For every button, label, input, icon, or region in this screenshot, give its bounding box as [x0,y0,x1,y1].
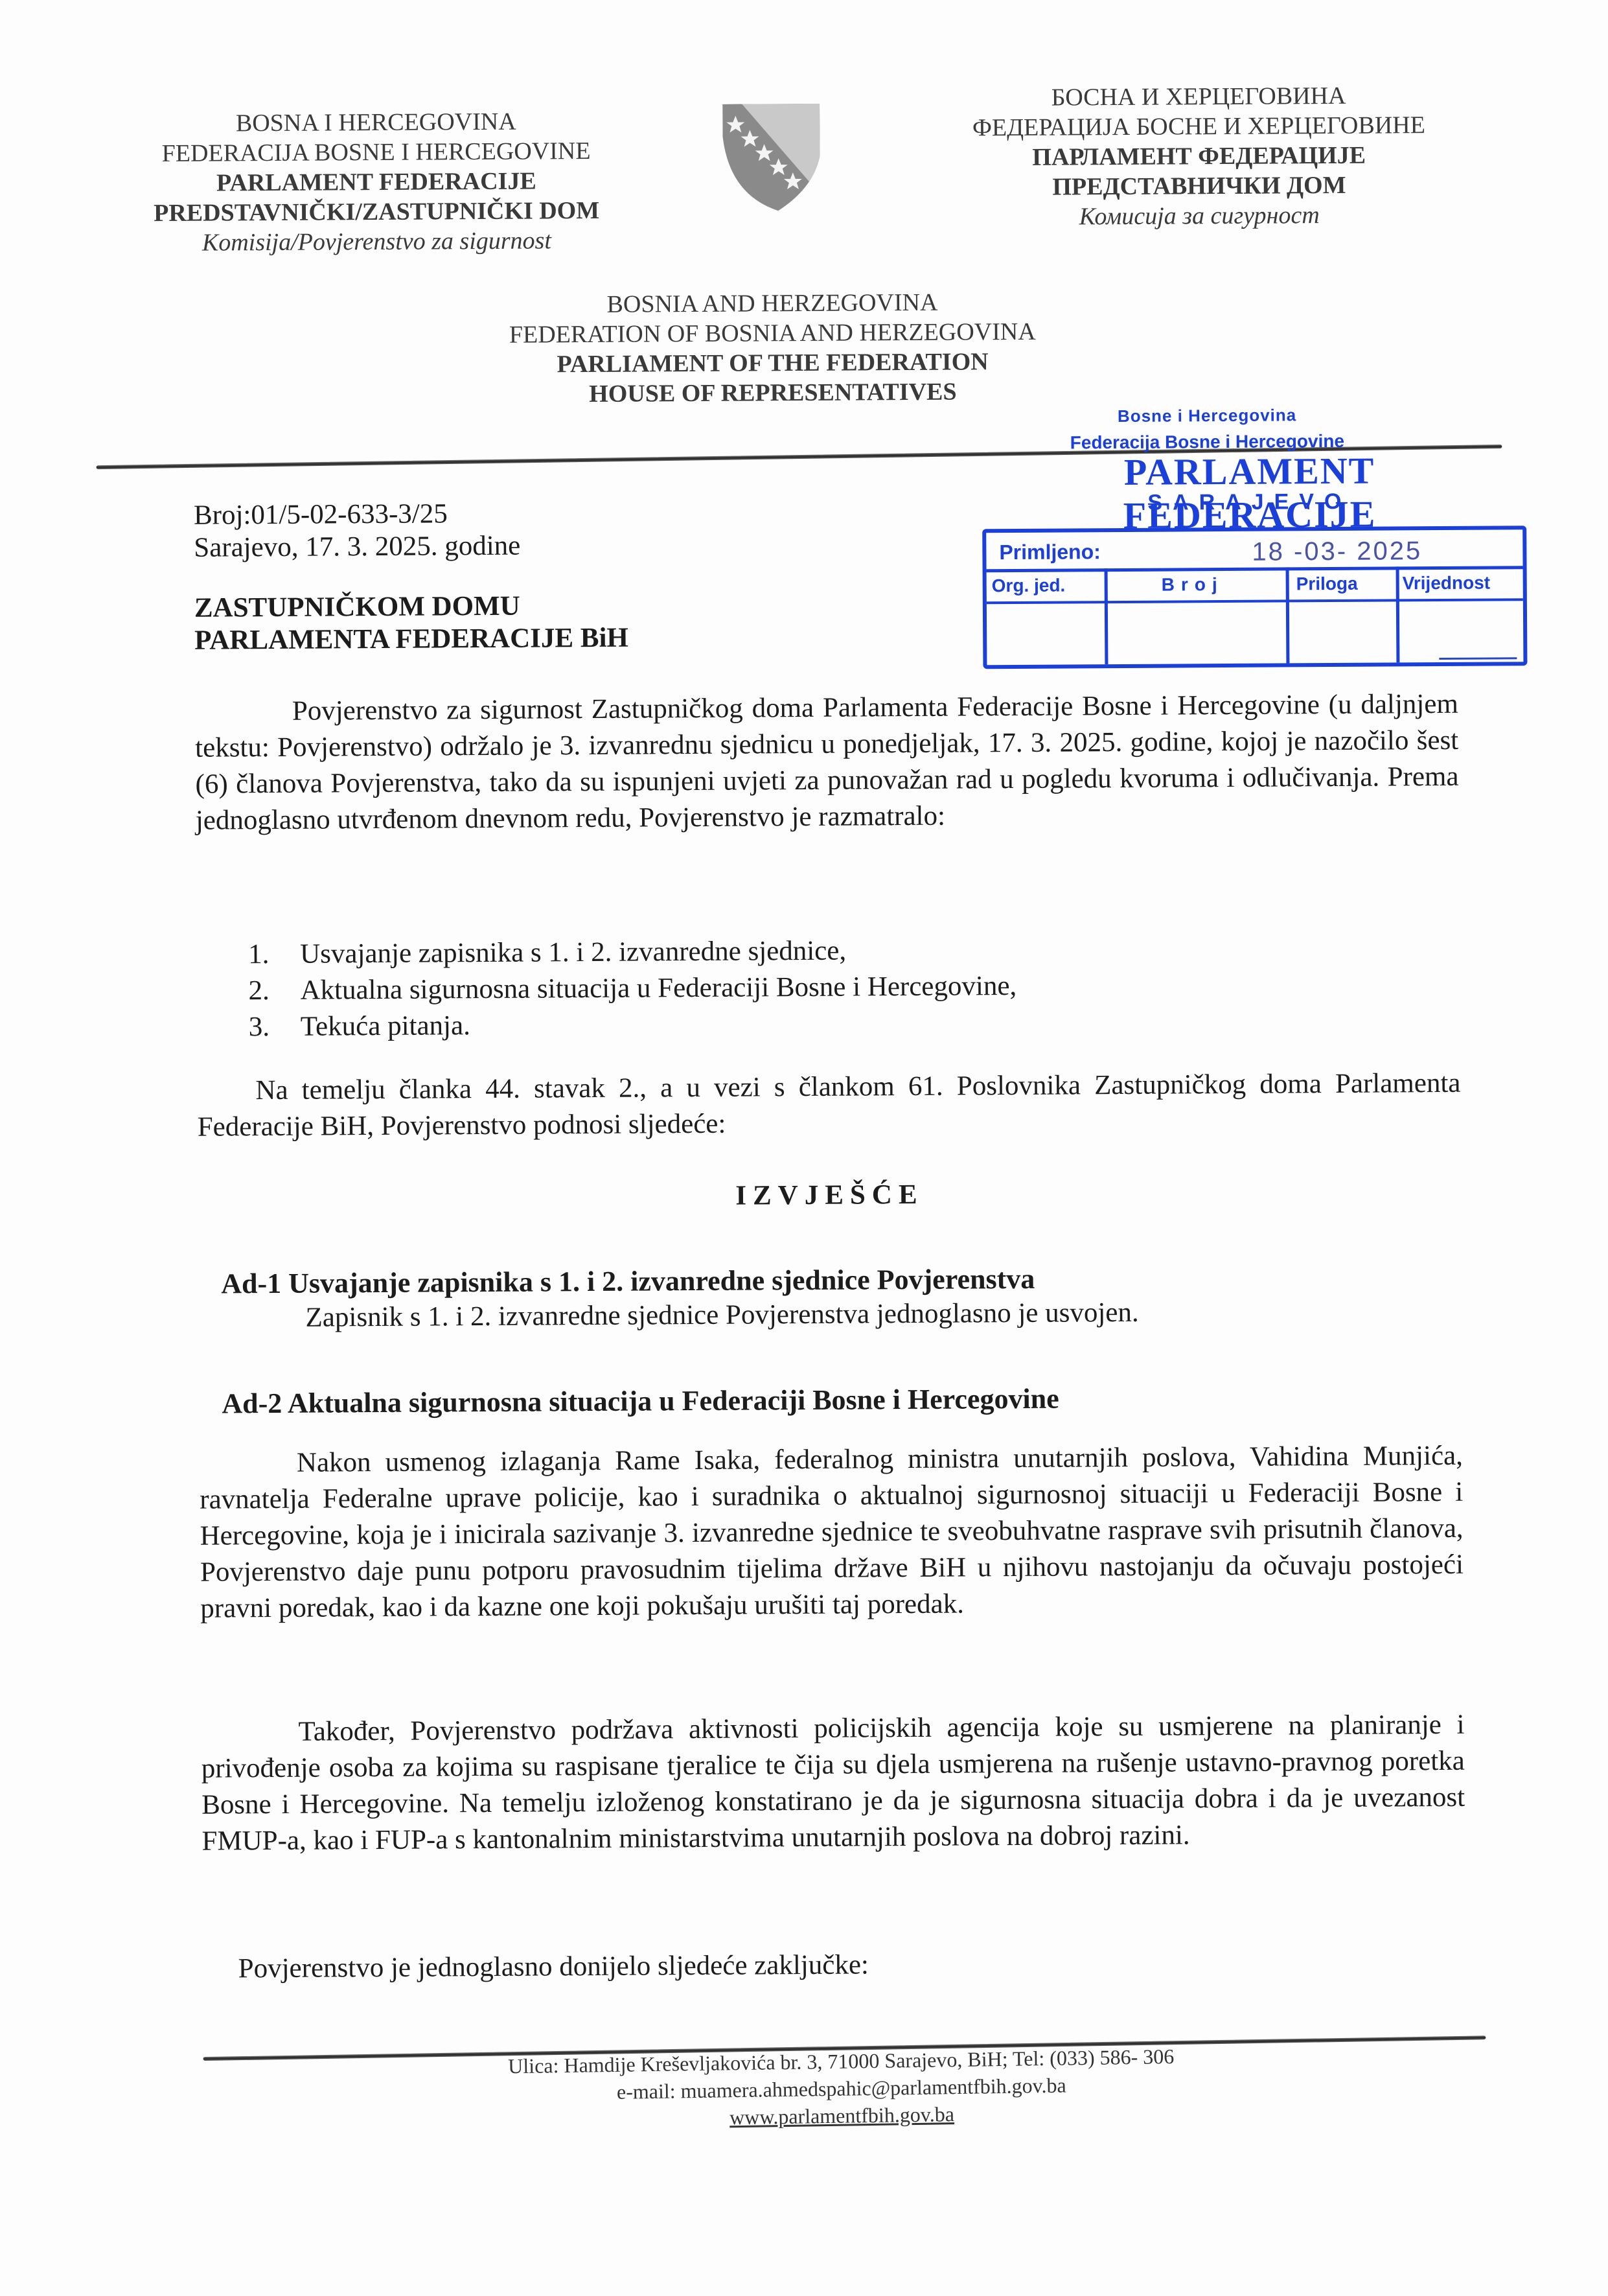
stamp-col-value: Vrijednost [1403,573,1491,594]
document-number: Broj:01/5-02-633-3/25 [194,498,520,532]
ad2-heading: Ad-2 Aktualna sigurnosna situacija u Fed… [222,1382,1059,1421]
letterhead-parliament: PARLAMENT FEDERACIJE [124,166,629,199]
letterhead-parliament-en: PARLIAMENT OF THE FEDERATION [448,346,1096,380]
addressee: ZASTUPNIČKOM DOMU PARLAMENTA FEDERACIJE … [194,590,628,657]
agenda-item: 2.Aktualna sigurnosna situacija u Federa… [248,968,1016,1009]
document-page: BOSNA I HERCEGOVINA FEDERACIJA BOSNE I H… [0,0,1608,2296]
ad1-text: Zapisnik s 1. i 2. izvanredne sjednice P… [305,1297,1138,1334]
stamp-received-date: 18 -03- 2025 [1252,537,1422,567]
legal-basis-paragraph: Na temelju članka 44. stavak 2., a u vez… [197,1065,1461,1146]
stamp-row-divider [987,598,1523,604]
letterhead-commission: Komisija/Povjerenstvo za sigurnost [124,226,629,259]
bih-coat-of-arms-icon [716,97,827,215]
ad2-paragraph-2: Također, Povjerenstvo podržava aktivnost… [201,1707,1465,1860]
letterhead-house: PREDSTAVNIČKI/ZASTUPNIČKI DOM [124,196,629,229]
conclusions-intro: Povjerenstvo je jednoglasno donijelo slj… [238,1943,1502,1987]
received-stamp: Bosne i Hercegovina Federacija Bosne i H… [974,402,1539,678]
letterhead-commission-cyr: Комисија за сигурност [921,200,1478,233]
intro-paragraph: Povjerenstvo za sigurnost Zastupničkog d… [195,686,1459,839]
letterhead-federation: FEDERACIJA BOSNE I HERCEGOVINE [123,136,628,169]
agenda-item: 1.Usvajanje zapisnika s 1. i 2. izvanred… [248,932,1016,973]
ad1-heading: Ad-1 Usvajanje zapisnika s 1. i 2. izvan… [221,1262,1035,1301]
stamp-col-org-unit: Org. jed. [992,575,1066,597]
letterhead-parliament-cyr: ПАРЛАМЕНТ ФЕДЕРАЦИЈЕ [921,140,1478,173]
report-title: IZVJEŠĆE [198,1176,1461,1215]
letterhead-latin: BOSNA I HERCEGOVINA FEDERACIJA BOSNE I H… [123,106,629,259]
stamp-col-divider [1396,566,1400,662]
addressee-line-2: PARLAMENTA FEDERACIJE BiH [194,622,628,657]
document-meta: Broj:01/5-02-633-3/25 Sarajevo, 17. 3. 2… [194,498,521,564]
stamp-line-1: Bosne i Hercegovina [1077,405,1337,426]
letterhead-federation-en: FEDERATION OF BOSNIA AND HERZEGOVINA [448,316,1096,350]
letterhead-country: BOSNA I HERCEGOVINA [123,106,628,139]
stamp-col-divider [1105,568,1108,664]
stamp-received-label: Primljeno: [999,540,1101,564]
letterhead-house-cyr: ПРЕДСТАВНИЧКИ ДОМ [921,170,1478,203]
letterhead-country-en: BOSNIA AND HERZEGOVINA [448,286,1096,320]
ad2-paragraph-1: Nakon usmenog izlaganja Rame Isaka, fede… [200,1438,1464,1627]
agenda-item: 3.Tekuća pitanja. [249,1004,1017,1045]
stamp-line-4: SARAJEVO [1104,489,1396,516]
stamp-col-number: Broj [1162,574,1224,596]
letterhead-country-cyr: БОСНА И ХЕРЦЕГОВИНА [920,80,1477,113]
letterhead-english: BOSNIA AND HERZEGOVINA FEDERATION OF BOS… [448,286,1097,410]
stamp-signature [1439,647,1517,660]
letterhead-house-en: HOUSE OF REPRESENTATIVES [449,376,1097,410]
letterhead-cyrillic: БОСНА И ХЕРЦЕГОВИНА ФЕДЕРАЦИЈА БОСНЕ И Х… [920,80,1478,233]
addressee-line-1: ZASTUPNIČKOM DOMU [194,590,628,625]
stamp-table: Primljeno: 18 -03- 2025 Org. jed. Broj P… [982,526,1527,669]
document-place-date: Sarajevo, 17. 3. 2025. godine [194,530,520,564]
stamp-col-attachments: Priloga [1296,574,1358,595]
stamp-col-divider [1286,567,1290,663]
agenda-list: 1.Usvajanje zapisnika s 1. i 2. izvanred… [248,932,1017,1045]
letterhead-federation-cyr: ФЕДЕРАЦИЈА БОСНЕ И ХЕРЦЕГОВИНЕ [920,110,1477,143]
